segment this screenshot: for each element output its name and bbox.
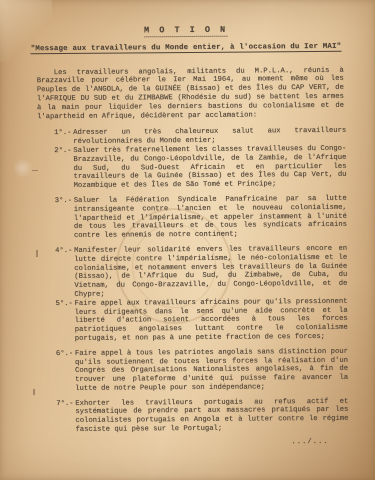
- resolution-list: 1°.-Adresser un très chaleureux salut au…: [54, 127, 348, 435]
- document-title: M O T I O N: [0, 25, 373, 37]
- item-number: 7°.-: [56, 400, 75, 409]
- resolution-item: 1°.-Adresser un très chaleureux salut au…: [54, 127, 346, 147]
- document-subtitle: "Message aux travailleurs du Monde entie…: [0, 42, 374, 54]
- item-number: 5°.-: [55, 300, 74, 309]
- item-number: 6°.-: [56, 350, 75, 359]
- item-text: Exhorter les travilleurs portugais au re…: [75, 397, 348, 434]
- item-number: 1°.-: [54, 129, 73, 138]
- resolution-item: 6°.-Faire appel à tous les patriotes ang…: [56, 347, 348, 393]
- resolution-item: 3°.-Saluer la Fédération Syndicale Panaf…: [55, 195, 347, 241]
- item-text: Faire appel aux travailleurs africains p…: [74, 297, 347, 343]
- item-text: Adresser un très chaleureux salut aux tr…: [73, 127, 346, 147]
- intro-paragraph: Les travailleurs angolais, militants du …: [37, 66, 344, 121]
- item-text: Saluer la Fédération Syndicale Panafrica…: [74, 195, 347, 241]
- typewritten-content: M O T I O N "Message aux travailleurs du…: [0, 0, 375, 480]
- resolution-item: 2°.-Saluer très fraternellement les clas…: [54, 145, 346, 191]
- scanned-document-page: M O T I O N "Message aux travailleurs du…: [0, 0, 375, 480]
- resolution-item: 5°.-Faire appel aux travailleurs africai…: [55, 297, 347, 343]
- item-number: 2°.-: [54, 147, 73, 156]
- resolution-item: 7°.-Exhorter les travilleurs portugais a…: [56, 397, 348, 434]
- item-number: 3°.-: [55, 197, 74, 206]
- resolution-item: 4°.-Manifester leur solidarité envers le…: [55, 245, 347, 300]
- item-text: Saluer très fraternellement les classes …: [73, 145, 346, 191]
- continuation-mark: .../...: [2, 437, 375, 449]
- item-text: Manifester leur solidarité envers les tr…: [74, 245, 347, 300]
- item-number: 4°.-: [55, 247, 74, 256]
- item-text: Faire appel à tous les patriotes angolai…: [75, 347, 348, 393]
